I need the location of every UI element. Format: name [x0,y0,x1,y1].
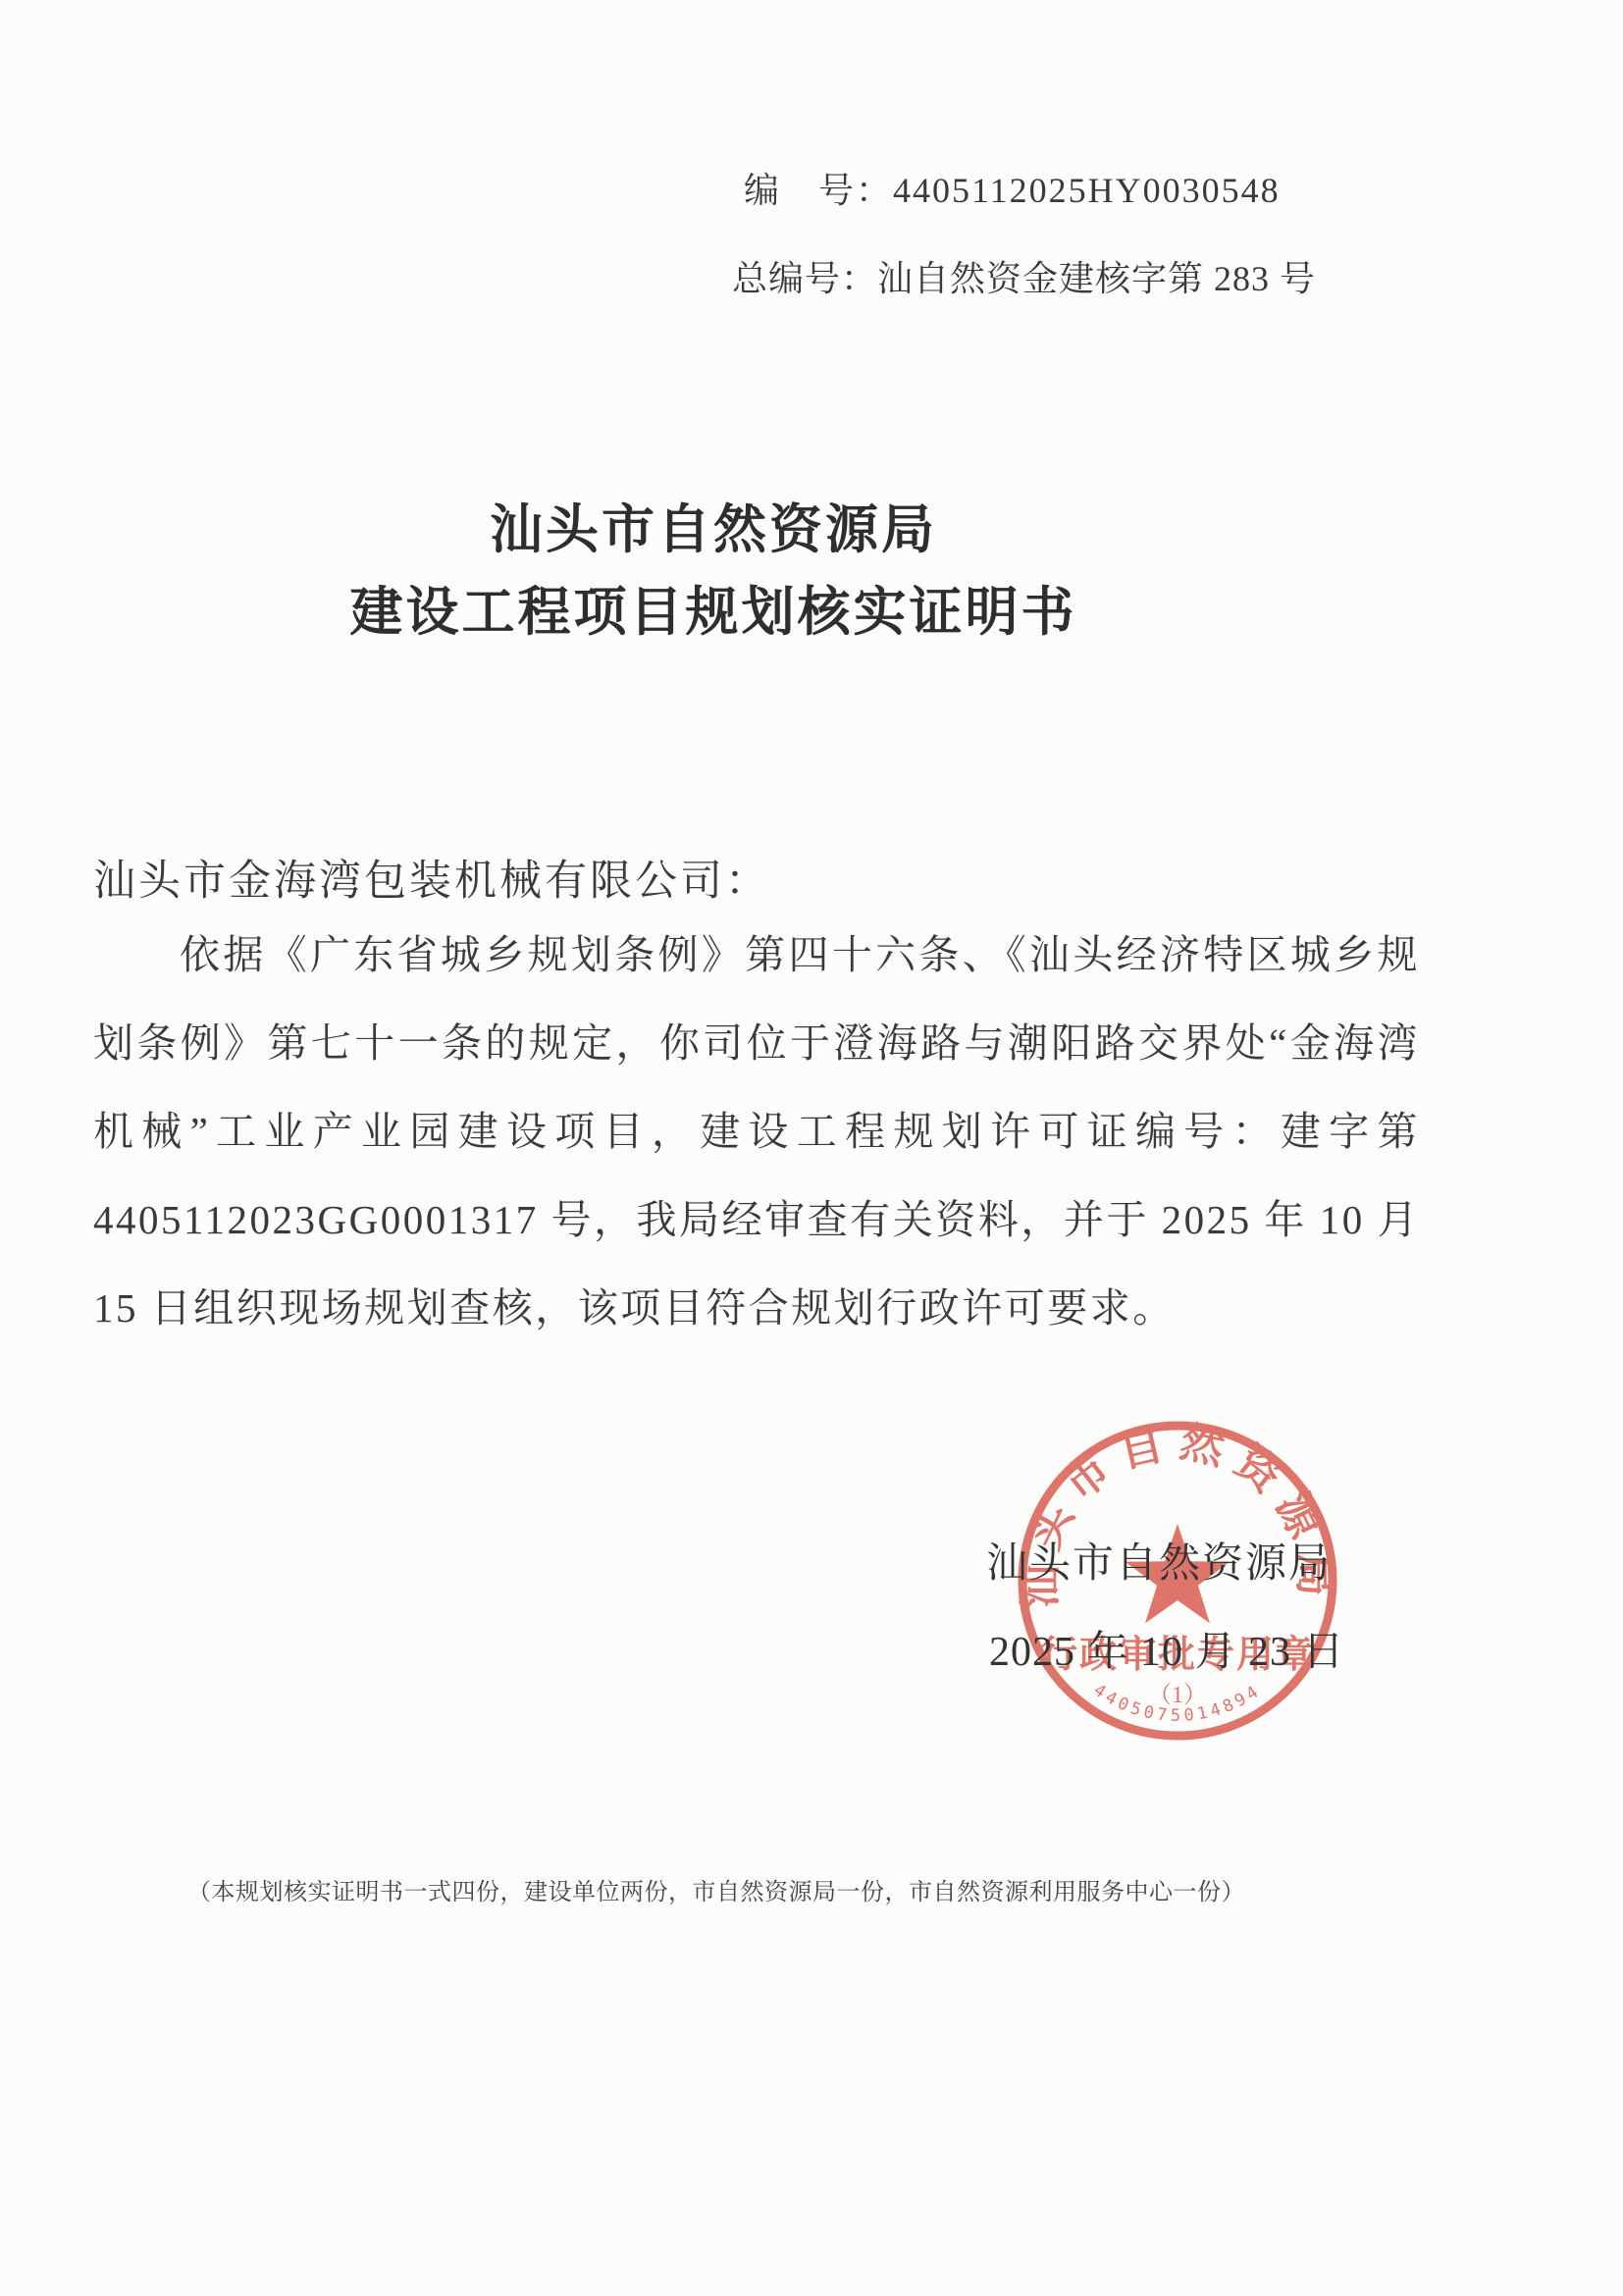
doc-number: 编 号：4405112025HY0030548 [744,163,1281,213]
document-page: 编 号：4405112025HY0030548 总编号：汕自然资金建核字第 28… [0,0,1623,2296]
issuer-name: 汕头市自然资源局 [986,1531,1332,1590]
page-subtitle: 建设工程项目规划核实证明书 [0,571,1427,653]
title-block: 汕头市自然资源局 建设工程项目规划核实证明书 [0,489,1427,653]
page-title: 汕头市自然资源局 [0,489,1427,571]
body-paragraph: 依据《广东省城乡规划条例》第四十六条、《汕头经济特区城乡规划条例》第七十一条的规… [93,911,1420,1352]
addressee: 汕头市金海湾包装机械有限公司： [93,848,770,908]
seal-sub-text: （1） [1148,1683,1207,1708]
issue-date: 2025 年 10 月 23 日 [989,1619,1345,1678]
footer-note: （本规划核实证明书一式四份，建设单位两份，市自然资源局一份，市自然资源利用服务中… [93,1872,1339,1906]
general-doc-number: 总编号：汕自然资金建核字第 283 号 [732,251,1316,301]
